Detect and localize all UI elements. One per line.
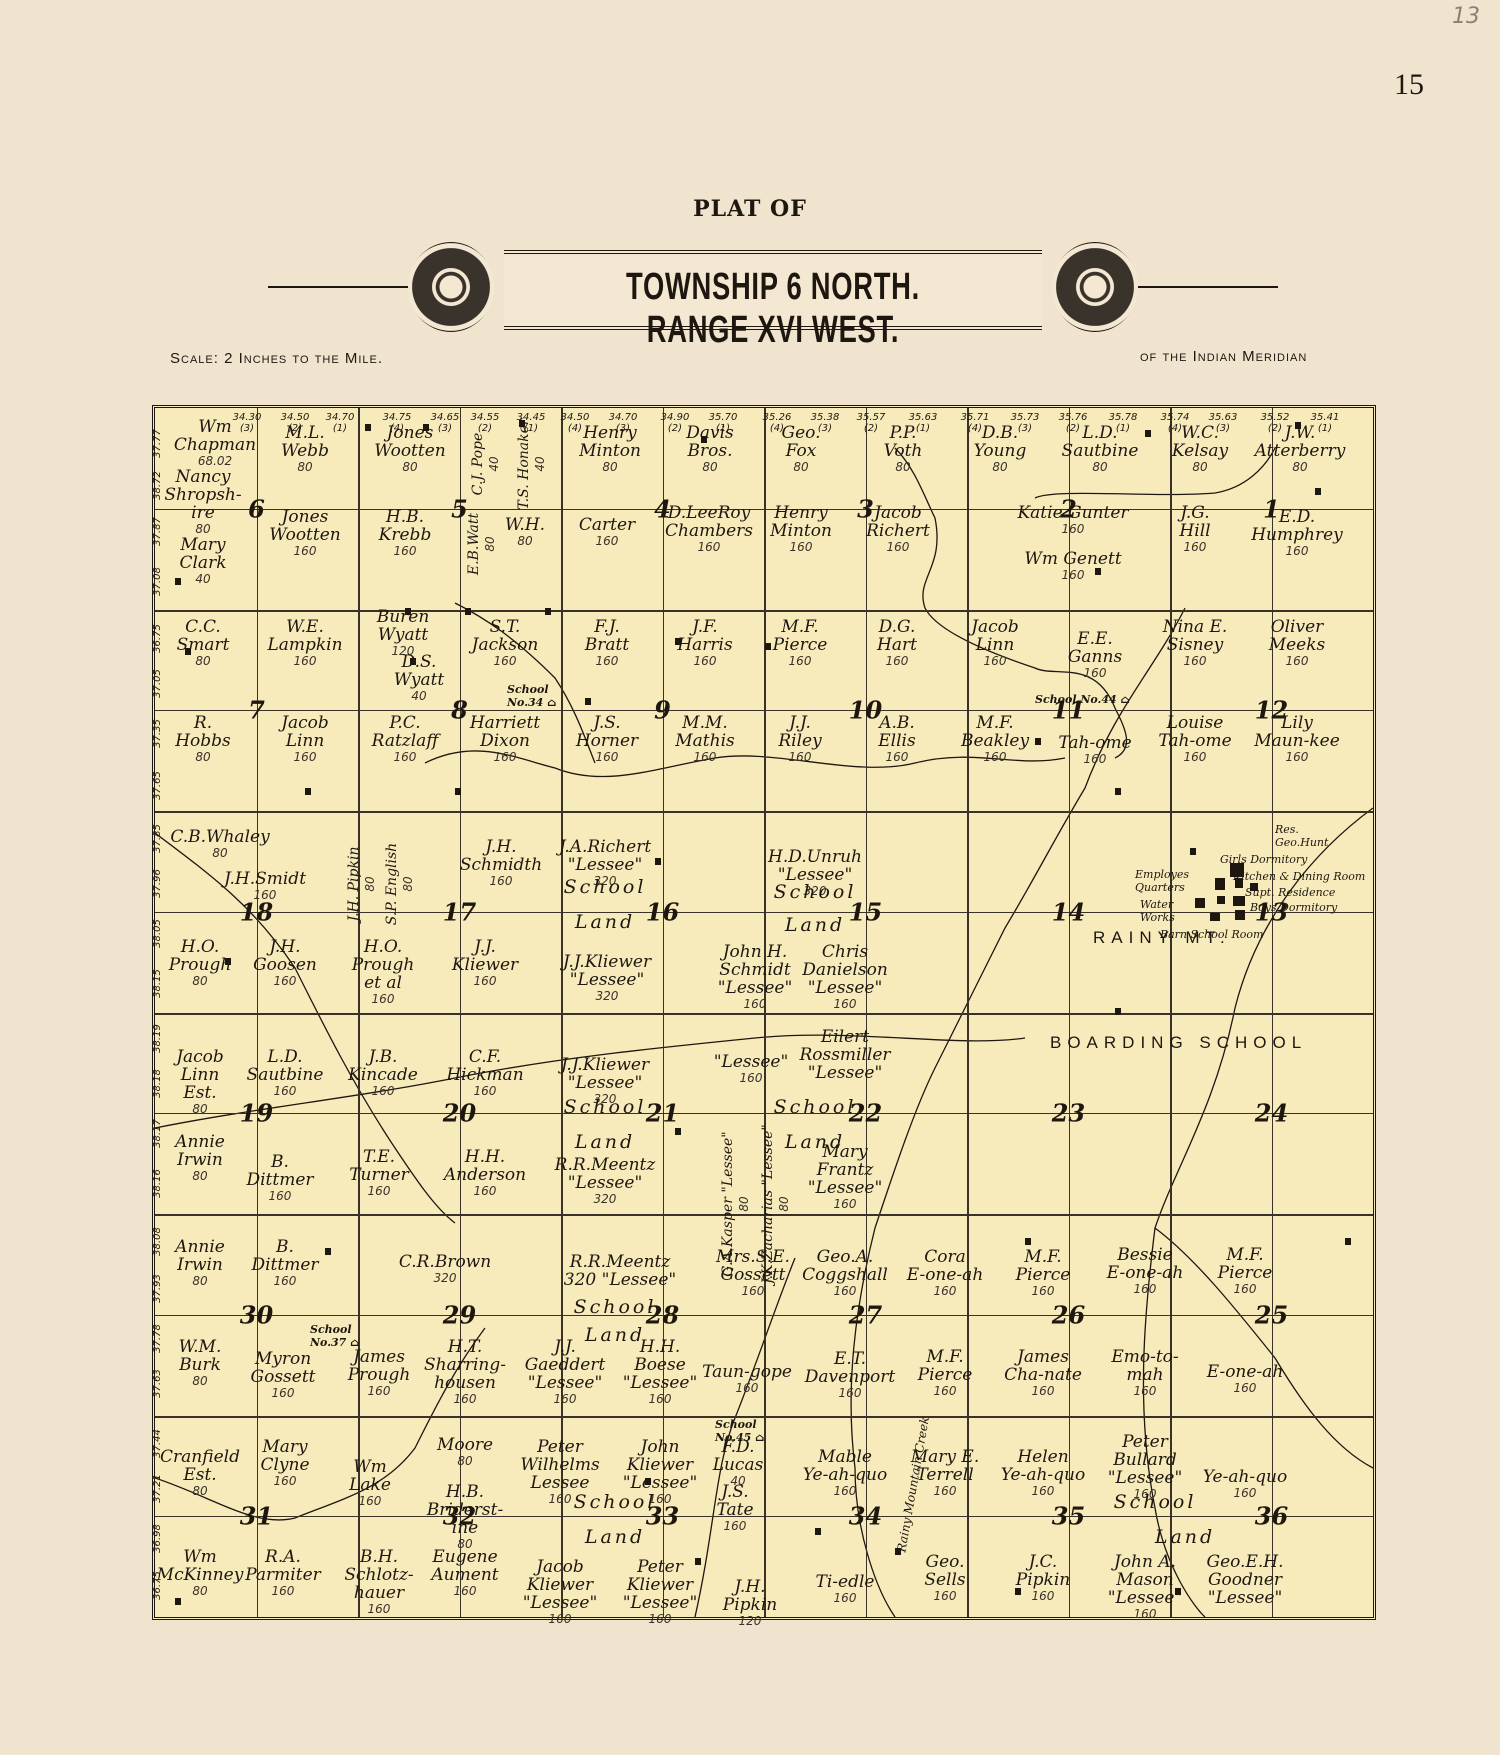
owner-name: Geo.A. Coggshall — [802, 1247, 888, 1285]
residence-icon — [1035, 738, 1041, 745]
owner-name: Helen Ye-ah-quo — [1001, 1447, 1085, 1485]
owner-label: W.H.80 — [505, 516, 545, 548]
owner-name: James Cha-nate — [1004, 1347, 1082, 1385]
section-number: 26 — [1052, 1300, 1085, 1329]
school-land-label: Land — [785, 916, 845, 934]
owner-label: H.B. Krebb160 — [379, 508, 432, 558]
owner-name: Jacob Linn — [281, 713, 329, 751]
acreage: 160 — [349, 1184, 409, 1198]
lot-acreage-west: 38.16 — [152, 1169, 163, 1198]
acreage: 160 — [245, 1584, 321, 1598]
lot-acreage-west: 37.85 — [152, 824, 163, 853]
owner-name: W.M. Burk — [179, 1337, 222, 1375]
acreage: 160 — [246, 1189, 313, 1203]
building-icon — [1233, 896, 1245, 906]
section-line-vertical — [967, 408, 969, 1617]
section-number: 35 — [1052, 1502, 1085, 1531]
owner-name: J.J. Riley — [778, 713, 821, 751]
building-icon — [1250, 883, 1258, 891]
meridian-note: of the Indian Meridian — [1140, 348, 1307, 365]
acreage: 160 — [907, 1284, 984, 1298]
acreage: 160 — [349, 1494, 391, 1508]
owner-label: M.F. Pierce160 — [1218, 1246, 1273, 1296]
owner-label: M.F. Pierce160 — [1016, 1248, 1071, 1298]
owner-label: H.O. Prough et al160 — [352, 938, 415, 1006]
owner-label: Annie Irwin80 — [175, 1238, 225, 1288]
township-plat: 6543217891011121817161514131920212223243… — [152, 405, 1376, 1620]
section-number: 16 — [646, 897, 679, 926]
school-land-label: School — [574, 1493, 657, 1511]
owner-label: J.C. Pipkin160 — [1016, 1553, 1070, 1603]
section-number: 23 — [1052, 1099, 1085, 1128]
lot-acreage-west: 37.93 — [152, 1274, 163, 1303]
acreage: 160 — [253, 974, 317, 988]
acreage: 80 — [157, 1584, 244, 1598]
lot-acreage-west: 38.18 — [152, 1069, 163, 1098]
owner-name: Mary Clark — [179, 535, 226, 573]
building-icon — [1210, 913, 1220, 921]
owner-label: Carter160 — [579, 516, 635, 548]
quarter-line-horizontal — [155, 1516, 1373, 1517]
acreage: 80 — [179, 1374, 222, 1388]
owner-name: Moore — [437, 1435, 493, 1455]
acreage: 160 — [224, 888, 306, 902]
acreage: 160 — [1004, 1384, 1082, 1398]
acreage: 320 — [555, 1192, 656, 1206]
owner-label: Louise Tah-ome160 — [1158, 714, 1231, 764]
agency-building-label: Res. Geo.Hunt — [1275, 823, 1328, 849]
owner-label: Geo.E.H. Goodner "Lessee" — [1206, 1553, 1283, 1607]
building-icon — [1195, 898, 1205, 908]
owner-label: Wm McKinney80 — [157, 1548, 244, 1598]
lot-acreage-west: 37.08 — [152, 567, 163, 596]
owner-name: Peter Wilhelms Lessee — [520, 1437, 599, 1493]
owner-name: F.J. Bratt — [585, 617, 629, 655]
owner-label: Geo. Fox80 — [782, 424, 821, 474]
owner-name: C.F. Hickman — [446, 1047, 523, 1085]
acreage: 160 — [623, 1612, 698, 1626]
owner-label: Ye-ah-quo160 — [1203, 1468, 1287, 1500]
owner-label: Chris Danielson "Lessee"160 — [802, 943, 888, 1011]
acreage: 80 — [884, 460, 923, 474]
owner-label: Helen Ye-ah-quo160 — [1001, 1448, 1085, 1498]
owner-label: Mary Clyne160 — [260, 1438, 309, 1488]
section-number: 31 — [240, 1502, 273, 1531]
owner-name: Lily Maun-kee — [1254, 713, 1340, 751]
owner-name: John A. Mason "Lessee" — [1108, 1552, 1183, 1608]
owner-label: E-one-ah160 — [1207, 1363, 1284, 1395]
acreage: 160 — [716, 1284, 790, 1298]
owner-name: R.R.Meentz 320 "Lessee" — [564, 1252, 676, 1290]
owner-name: James Prough — [348, 1347, 411, 1385]
owner-label: L.D. Sautbine80 — [1062, 424, 1139, 474]
section-number: 8 — [451, 696, 468, 725]
residence-icon — [455, 788, 461, 795]
owner-name: E-one-ah — [1207, 1362, 1284, 1382]
acreage: 160 — [424, 1392, 506, 1406]
owner-name: John H. Schmidt "Lessee" — [718, 942, 793, 998]
owner-name: J.H.Smidt — [224, 869, 306, 889]
acreage: 160 — [1111, 1384, 1178, 1398]
owner-name: H.B. Krebb — [379, 507, 432, 545]
acreage: 160 — [677, 654, 732, 668]
residence-icon — [675, 638, 681, 645]
owner-label: T.E. Turner160 — [349, 1148, 409, 1198]
acreage: 160 — [470, 750, 540, 764]
school-land-label: Land — [575, 913, 635, 931]
owner-label: H.T. Sharring- housen160 — [424, 1338, 506, 1406]
owner-name: W.H. — [505, 515, 545, 535]
owner-label: John H. Schmidt "Lessee"160 — [718, 943, 793, 1011]
owner-label: M.F. Pierce160 — [918, 1348, 973, 1398]
owner-label: C.F. Hickman160 — [446, 1048, 523, 1098]
acreage: 160 — [352, 992, 415, 1006]
acreage: 160 — [348, 1384, 411, 1398]
owner-label: E.B.Watt80 — [465, 513, 497, 575]
owner-label: L.D. Sautbine160 — [247, 1048, 324, 1098]
owner-label: Jones Wootten160 — [269, 508, 340, 558]
residence-icon — [1315, 488, 1321, 495]
owner-label: Buren Wyatt120 — [377, 608, 430, 658]
school-land-label: Land — [585, 1326, 645, 1344]
school-land-label: Land — [1155, 1528, 1215, 1546]
lot-acreage-west: 37.87 — [152, 517, 163, 546]
owner-name: Jacob Kliewer "Lessee" — [523, 1557, 598, 1613]
owner-name: Nancy Shropsh- ire — [164, 467, 241, 523]
residence-icon — [405, 608, 411, 615]
owner-label: Mrs.S.E. Gossett160 — [716, 1248, 790, 1298]
acreage: 80 — [363, 847, 377, 922]
owner-name: Carter — [579, 515, 635, 535]
acreage: 160 — [1179, 540, 1210, 554]
owner-label: John A. Mason "Lessee"160 — [1108, 1553, 1183, 1621]
acreage: 160 — [1016, 1589, 1070, 1603]
acreage: 160 — [961, 750, 1029, 764]
owner-label: Tah-ome160 — [1058, 734, 1131, 766]
owner-name: J.J.Kliewer "Lessee" — [561, 1055, 649, 1093]
owner-label: James Prough160 — [348, 1348, 411, 1398]
residence-icon — [305, 788, 311, 795]
owner-name: E.T. Davenport — [805, 1349, 895, 1387]
acreage: 80 — [437, 1454, 493, 1468]
residence-icon — [1145, 430, 1151, 437]
quarter-line-vertical — [866, 408, 867, 1617]
quarter-line-horizontal — [155, 912, 1373, 913]
acreage: 80 — [1255, 460, 1346, 474]
section-number: 34 — [849, 1502, 882, 1531]
owner-name: R.A. Parmiter — [245, 1547, 321, 1585]
owner-name: L.D. Sautbine — [1062, 423, 1139, 461]
acreage: 160 — [251, 1274, 318, 1288]
owner-label: Emo-to- mah160 — [1111, 1348, 1178, 1398]
acreage: 160 — [773, 654, 828, 668]
owner-label: W.M. Burk80 — [179, 1338, 222, 1388]
owner-label: Myron Gossett160 — [251, 1350, 316, 1400]
owner-label: J.H. Pipkin120 — [723, 1578, 777, 1628]
owner-name: J.J. Kliewer — [452, 937, 518, 975]
building-icon — [1217, 896, 1225, 904]
owner-name: Chris Danielson "Lessee" — [802, 942, 888, 998]
owner-label: H.H. Boese "Lessee"160 — [623, 1338, 698, 1406]
owner-name: H.O. Prough et al — [352, 937, 415, 993]
acreage: 80 — [401, 843, 415, 925]
owner-name: J.A.Richert "Lessee" — [559, 837, 651, 875]
owner-label: J.S. Horner160 — [576, 714, 638, 764]
residence-icon — [1115, 1008, 1121, 1015]
school-land-label: School — [564, 1098, 647, 1116]
owner-name: Mable Ye-ah-quo — [803, 1447, 887, 1485]
residence-icon — [365, 424, 371, 431]
acreage: 80 — [176, 1102, 224, 1116]
owner-name: H.D.Unruh "Lessee" — [768, 847, 862, 885]
acreage: 160 — [816, 1591, 875, 1605]
residence-icon — [815, 1528, 821, 1535]
owner-name: E.E. Ganns — [1068, 629, 1122, 667]
owner-label: Bessie E-one-ah160 — [1107, 1246, 1184, 1296]
owner-name: Wm Chapman — [174, 417, 256, 455]
owner-label: Wm Genett160 — [1024, 550, 1121, 582]
school-land-label: School — [574, 1298, 657, 1316]
owner-name: W.E. Lampkin — [267, 617, 342, 655]
acreage: 160 — [805, 1386, 895, 1400]
owner-label: C.R.Brown320 — [399, 1253, 491, 1285]
owner-name: "Lessee" — [714, 1052, 789, 1072]
acreage: 160 — [579, 534, 635, 548]
owner-name: R.R.Meentz "Lessee" — [555, 1155, 656, 1193]
owner-label: Jones Wootten80 — [374, 424, 445, 474]
owner-label: J.H.Smidt160 — [224, 870, 306, 902]
title-cartouche: TOWNSHIP 6 NORTH. RANGE XVI WEST. — [268, 232, 1278, 342]
owner-name: Davis Bros. — [686, 423, 734, 461]
acreage: 160 — [911, 1484, 980, 1498]
acreage: 160 — [702, 1381, 792, 1395]
lot-acreage-west: 38.72 — [152, 471, 163, 500]
owner-label: Eugene Aument160 — [431, 1548, 498, 1598]
school-land-label: School — [774, 1098, 857, 1116]
acreage: 160 — [1163, 654, 1228, 668]
owner-label: T.S. Honaker40 — [515, 418, 547, 509]
owner-label: D.S. Wyatt40 — [394, 653, 445, 703]
owner-name: M.F. Pierce — [1016, 1247, 1071, 1285]
acreage: 80 — [686, 460, 734, 474]
school-land-label: Land — [585, 1528, 645, 1546]
owner-label: Annie Irwin80 — [175, 1133, 225, 1183]
owner-label: M.L. Webb80 — [281, 424, 329, 474]
owner-name: Harriett Dixon — [470, 713, 540, 751]
owner-name: Buren Wyatt — [377, 607, 430, 645]
acreage: 160 — [1058, 752, 1131, 766]
owner-label: J.J. Riley160 — [778, 714, 821, 764]
owner-label: Henry Minton160 — [770, 504, 832, 554]
agency-building-label: Boys Dormitory — [1250, 901, 1337, 914]
residence-icon — [765, 643, 771, 650]
owner-label: J.J. Kliewer160 — [452, 938, 518, 988]
residence-icon — [410, 658, 416, 665]
owner-name: H.T. Sharring- housen — [424, 1337, 506, 1393]
section-line-horizontal — [155, 1013, 1373, 1015]
school-land-label: Land — [575, 1133, 635, 1151]
acreage: 160 — [1017, 522, 1128, 536]
page-number: 15 — [1394, 68, 1424, 102]
acreage: 160 — [918, 1384, 973, 1398]
residence-icon — [175, 578, 181, 585]
owner-name: S.T. Jackson — [472, 617, 539, 655]
page-title: TOWNSHIP 6 NORTH. RANGE XVI WEST. — [579, 266, 966, 352]
acreage: 160 — [878, 750, 915, 764]
owner-name: E.D. Humphrey — [1251, 507, 1343, 545]
owner-label: Taun-gope160 — [702, 1363, 792, 1395]
residence-icon — [1095, 568, 1101, 575]
owner-name: J.H. Pipkin — [346, 847, 362, 922]
owner-name: J.H. Schmidth — [460, 837, 542, 875]
acreage: 160 — [924, 1589, 965, 1603]
acreage: 160 — [778, 750, 821, 764]
residence-icon — [1190, 848, 1196, 855]
owner-name: Wm Genett — [1024, 549, 1121, 569]
lot-acreage-west: 37.78 — [152, 1324, 163, 1353]
owner-name: Louise Tah-ome — [1158, 713, 1231, 751]
residence-icon — [1175, 1588, 1181, 1595]
owner-name: Jones Wootten — [374, 423, 445, 461]
owner-name: P.P. Voth — [884, 423, 923, 461]
owner-name: M.F. Pierce — [773, 617, 828, 655]
owner-name: D.LeeRoy Chambers — [665, 503, 753, 541]
residence-icon — [1025, 1238, 1031, 1245]
owner-label: A.B. Ellis160 — [878, 714, 915, 764]
lot-acreage-west: 37.65 — [152, 771, 163, 800]
acreage: 40 — [394, 689, 445, 703]
owner-label: H.H. Anderson160 — [444, 1148, 526, 1198]
owner-label: E.D. Humphrey160 — [1251, 508, 1343, 558]
owner-name: Cranfield Est. — [160, 1447, 240, 1485]
owner-name: S.P. English — [384, 843, 400, 925]
section-number: 27 — [849, 1300, 882, 1329]
acreage: 160 — [348, 1084, 418, 1098]
owner-name: Jacob Linn — [971, 617, 1019, 655]
owner-label: C.B.Whaley80 — [170, 828, 269, 860]
owner-label: H.O. Prough80 — [169, 938, 232, 988]
acreage: 80 — [175, 1169, 225, 1183]
acreage: 160 — [1218, 1282, 1273, 1296]
agency-building-label: Barn School Room — [1160, 928, 1263, 941]
lot-acreage-west: 38.08 — [152, 1227, 163, 1256]
owner-label: E.E. Ganns160 — [1068, 630, 1122, 680]
owner-name: Peter Kliewer "Lessee" — [623, 1557, 698, 1613]
owner-label: B. Dittmer160 — [251, 1238, 318, 1288]
acreage: 120 — [723, 1614, 777, 1628]
owner-name: Peter Bullard "Lessee" — [1108, 1432, 1183, 1488]
residence-icon — [465, 608, 471, 615]
owner-name: M.F. Pierce — [1218, 1245, 1273, 1283]
schoolhouse-label: School No.37 ⌂ — [310, 1323, 359, 1349]
owner-label: B. Dittmer160 — [246, 1153, 313, 1203]
section-number: 36 — [1255, 1502, 1288, 1531]
owner-name: Ti-edle — [816, 1572, 875, 1592]
section-number: 17 — [443, 897, 476, 926]
owner-label: Cora E-one-ah160 — [907, 1248, 984, 1298]
owner-label: C.J. Pope40 — [469, 433, 501, 496]
owner-name: H.H. Anderson — [444, 1147, 526, 1185]
acreage: 160 — [866, 540, 930, 554]
owner-label: Henry Minton80 — [579, 424, 641, 474]
owner-label: P.P. Voth80 — [884, 424, 923, 474]
owner-label: Jacob Richert160 — [866, 504, 930, 554]
residence-icon — [675, 1128, 681, 1135]
acreage: 160 — [372, 750, 439, 764]
acreage: 160 — [523, 1612, 598, 1626]
quarter-line-vertical — [1272, 408, 1273, 1617]
owner-label: Wm Chapman68.02 — [174, 418, 256, 468]
acreage: 160 — [444, 1184, 526, 1198]
section-number: 29 — [443, 1300, 476, 1329]
owner-name: H.O. Prough — [169, 937, 232, 975]
owner-name: J.G. Hill — [1179, 503, 1210, 541]
owner-name: M.F. Beakley — [961, 713, 1029, 751]
acreage: 40 — [487, 433, 501, 496]
acreage: 68.02 — [174, 454, 256, 468]
owner-name: E.B.Watt — [466, 513, 482, 575]
acreage: 80 — [483, 513, 497, 575]
acreage: 160 — [1001, 1484, 1085, 1498]
lot-acreage-west: 36.75 — [152, 624, 163, 653]
acreage: 160 — [1158, 750, 1231, 764]
acreage: 80 — [782, 460, 821, 474]
owner-name: T.S. Honaker — [516, 418, 532, 509]
owner-label: J.F. Harris160 — [677, 618, 732, 668]
owner-name: Eilert Rossmiller "Lessee" — [799, 1027, 890, 1083]
acreage: 160 — [460, 874, 542, 888]
owner-label: W.C. Kelsay80 — [1172, 424, 1228, 474]
owner-label: J.J.Kliewer "Lessee"320 — [563, 953, 651, 1003]
owner-name: T.E. Turner — [349, 1147, 409, 1185]
acreage: 160 — [808, 1197, 883, 1211]
schoolhouse-label: School No.34 ⌂ — [507, 683, 556, 709]
owner-name: M.F. Pierce — [918, 1347, 973, 1385]
owner-name: J.B. Kincade — [348, 1047, 418, 1085]
acreage: 160 — [802, 997, 888, 1011]
owner-name: D.B. Young — [974, 423, 1027, 461]
lot-acreage-west: 37.96 — [152, 869, 163, 898]
residence-icon — [175, 1598, 181, 1605]
owner-label: Cranfield Est.80 — [160, 1448, 240, 1498]
owner-name: J.S. Horner — [576, 713, 638, 751]
acreage: 160 — [251, 1386, 316, 1400]
owner-label: W.E. Lampkin160 — [267, 618, 342, 668]
residence-icon — [225, 958, 231, 965]
owner-name: Mrs.S.E. Gossett — [716, 1247, 790, 1285]
owner-label: D.B. Young80 — [974, 424, 1027, 474]
residence-icon — [1345, 1238, 1351, 1245]
pencil-page-mark: 13 — [1452, 4, 1480, 29]
owner-name: Wm Lake — [349, 1457, 391, 1495]
residence-icon — [645, 1478, 651, 1485]
lot-acreage-top: 34.55(2) — [465, 412, 505, 434]
acreage: 160 — [1269, 654, 1326, 668]
owner-label: J.H. Pipkin80 — [345, 847, 377, 922]
owner-name: C.R.Brown — [399, 1252, 491, 1272]
owner-label: Jacob Linn Est.80 — [176, 1048, 224, 1116]
acreage: 160 — [665, 540, 753, 554]
quarter-line-vertical — [1069, 408, 1070, 1617]
owner-label: R.R.Meentz 320 "Lessee" — [564, 1253, 676, 1289]
owner-label: S.P. English80 — [383, 843, 415, 925]
acreage: 160 — [267, 654, 342, 668]
acreage: 160 — [714, 1071, 789, 1085]
residence-icon — [185, 648, 191, 655]
owner-label: Geo.A. Coggshall160 — [802, 1248, 888, 1298]
agency-building-label: Kitchen & Dining Room — [1233, 870, 1365, 883]
schoolhouse-label: School No.45 ⌂ — [715, 1418, 764, 1444]
